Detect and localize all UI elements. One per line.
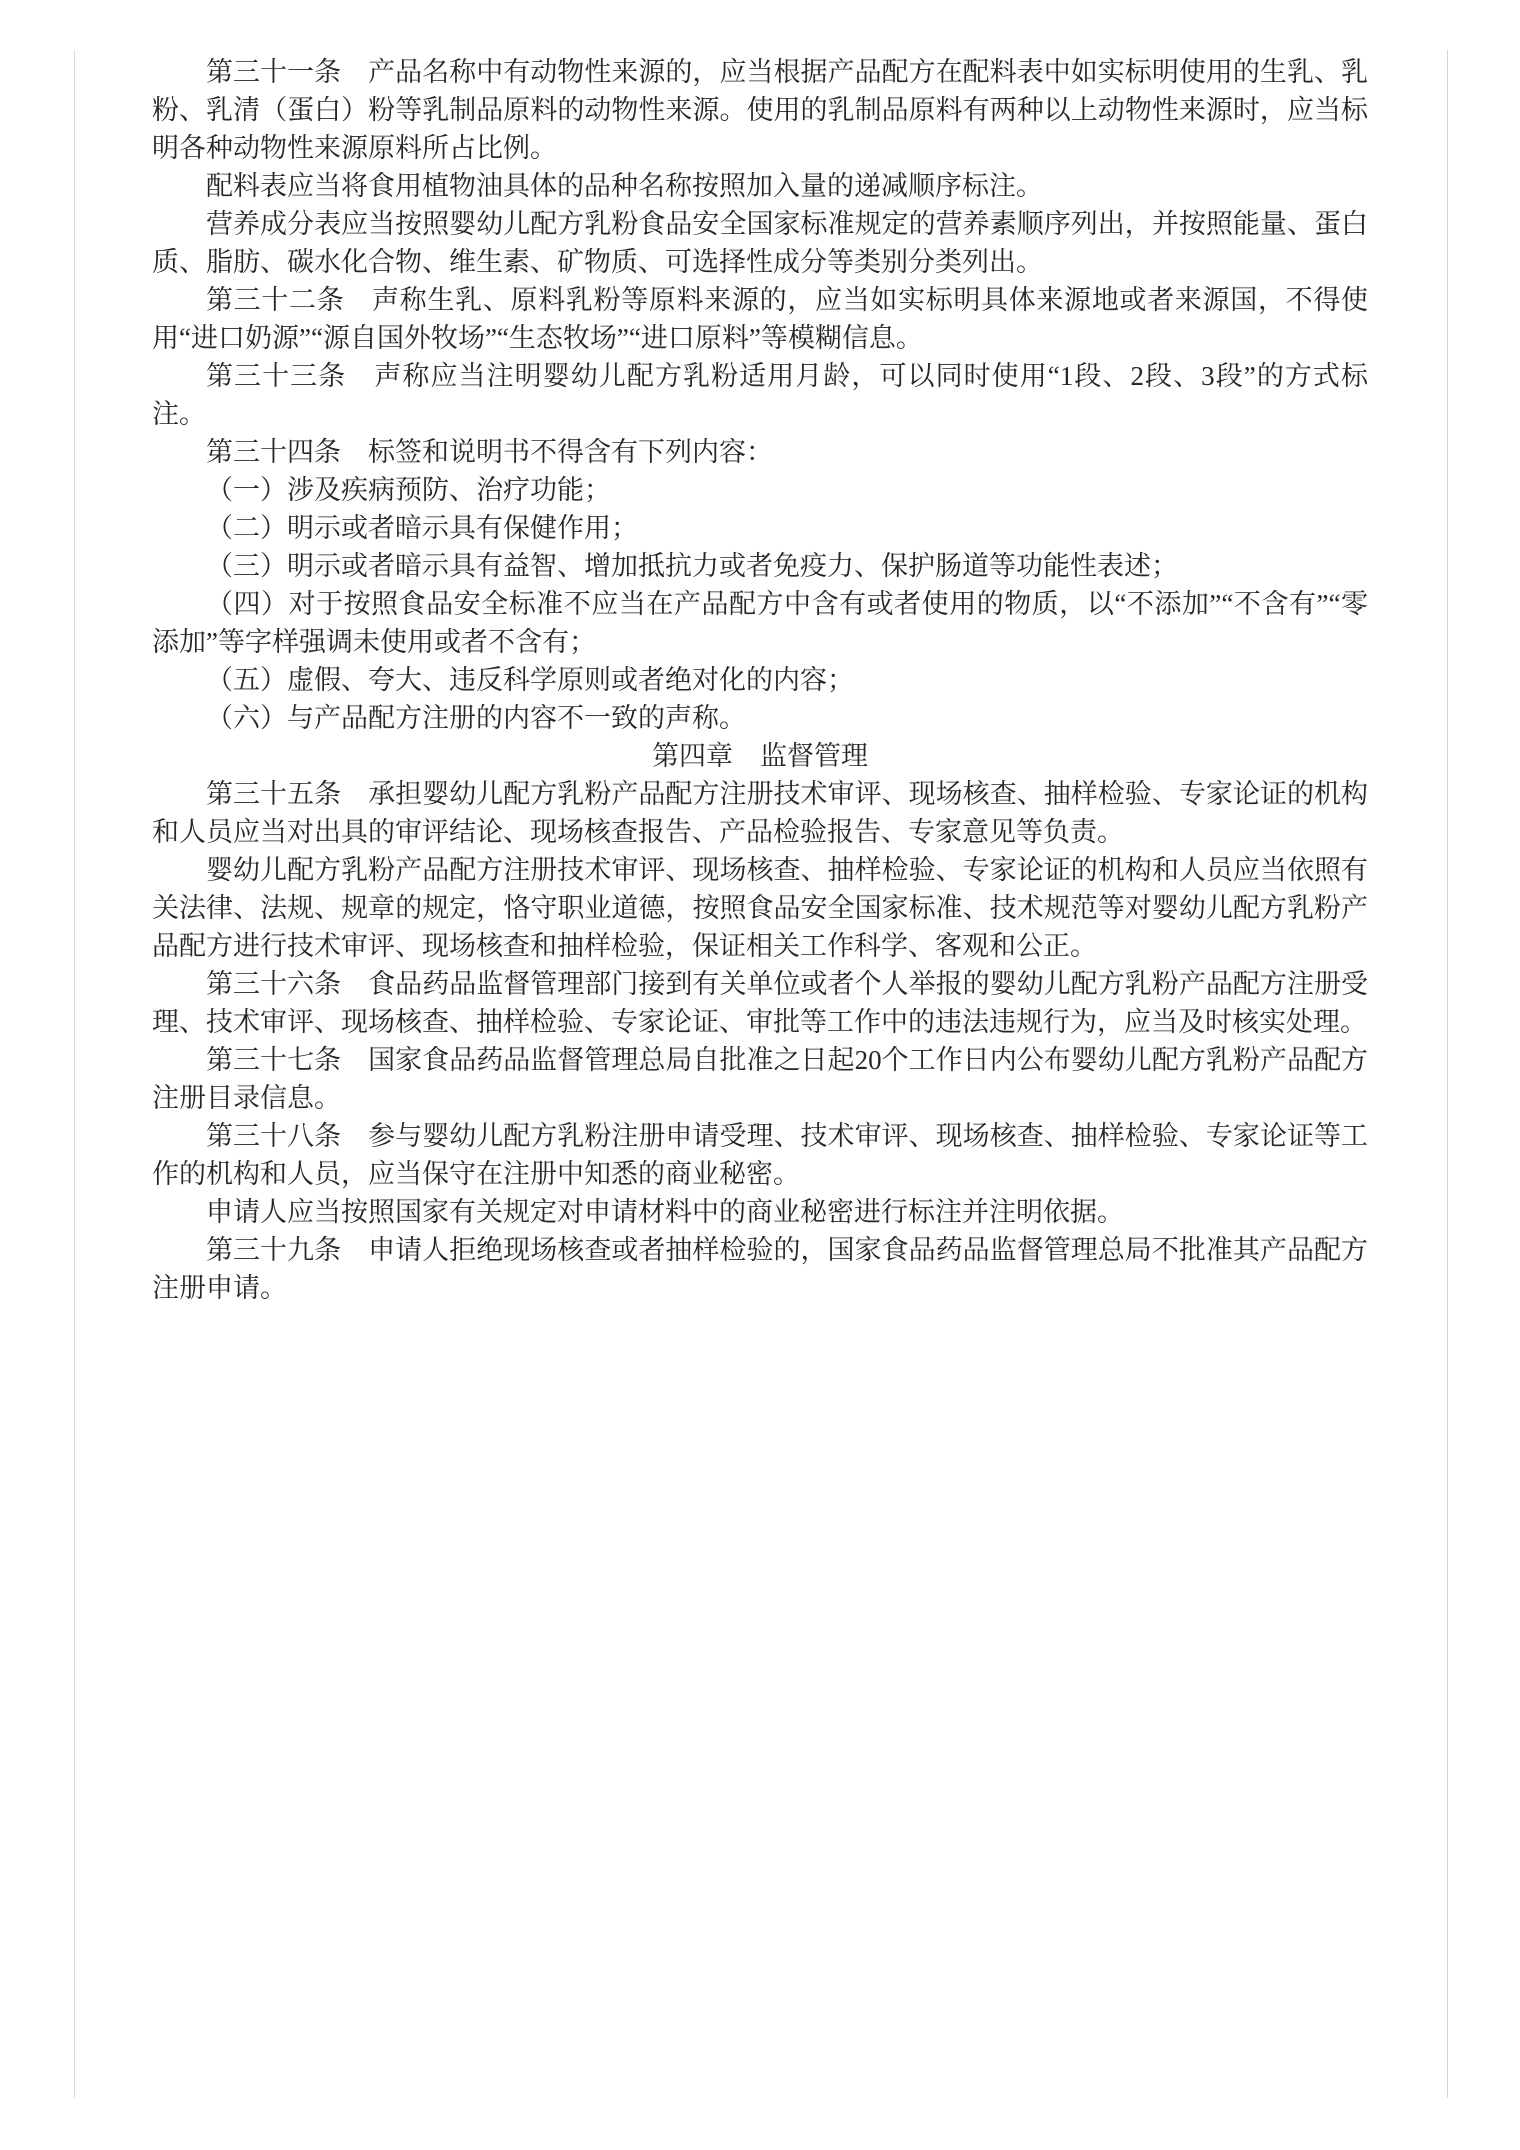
- article-34-item-2: （二）明示或者暗示具有保健作用；: [152, 509, 1368, 547]
- article-31-paragraph-1: 第三十一条 产品名称中有动物性来源的，应当根据产品配方在配料表中如实标明使用的生…: [152, 53, 1368, 167]
- article-36-paragraph: 第三十六条 食品药品监督管理部门接到有关单位或者个人举报的婴幼儿配方乳粉产品配方…: [152, 965, 1368, 1041]
- article-38-paragraph-2: 申请人应当按照国家有关规定对申请材料中的商业秘密进行标注并注明依据。: [152, 1193, 1368, 1231]
- article-32-paragraph: 第三十二条 声称生乳、原料乳粉等原料来源的，应当如实标明具体来源地或者来源国，不…: [152, 281, 1368, 357]
- article-33-paragraph: 第三十三条 声称应当注明婴幼儿配方乳粉适用月龄，可以同时使用“1段、2段、3段”…: [152, 357, 1368, 433]
- article-35-paragraph-2: 婴幼儿配方乳粉产品配方注册技术审评、现场核查、抽样检验、专家论证的机构和人员应当…: [152, 851, 1368, 965]
- article-37-paragraph: 第三十七条 国家食品药品监督管理总局自批准之日起20个工作日内公布婴幼儿配方乳粉…: [152, 1041, 1368, 1117]
- article-31-paragraph-3: 营养成分表应当按照婴幼儿配方乳粉食品安全国家标准规定的营养素顺序列出，并按照能量…: [152, 205, 1368, 281]
- chapter-heading: 第四章 监督管理: [152, 737, 1368, 775]
- article-34-item-6: （六）与产品配方注册的内容不一致的声称。: [152, 699, 1368, 737]
- article-34-item-5: （五）虚假、夸大、违反科学原则或者绝对化的内容；: [152, 661, 1368, 699]
- document-page: 第三十一条 产品名称中有动物性来源的，应当根据产品配方在配料表中如实标明使用的生…: [74, 50, 1448, 2098]
- article-34-item-1: （一）涉及疾病预防、治疗功能；: [152, 471, 1368, 509]
- article-34-item-4: （四）对于按照食品安全标准不应当在产品配方中含有或者使用的物质，以“不添加”“不…: [152, 585, 1368, 661]
- article-34-heading: 第三十四条 标签和说明书不得含有下列内容：: [152, 433, 1368, 471]
- article-35-paragraph-1: 第三十五条 承担婴幼儿配方乳粉产品配方注册技术审评、现场核查、抽样检验、专家论证…: [152, 775, 1368, 851]
- article-38-paragraph-1: 第三十八条 参与婴幼儿配方乳粉注册申请受理、技术审评、现场核查、抽样检验、专家论…: [152, 1117, 1368, 1193]
- article-31-paragraph-2: 配料表应当将食用植物油具体的品种名称按照加入量的递减顺序标注。: [152, 167, 1368, 205]
- article-34-item-3: （三）明示或者暗示具有益智、增加抵抗力或者免疫力、保护肠道等功能性表述；: [152, 547, 1368, 585]
- article-39-paragraph: 第三十九条 申请人拒绝现场核查或者抽样检验的，国家食品药品监督管理总局不批准其产…: [152, 1231, 1368, 1307]
